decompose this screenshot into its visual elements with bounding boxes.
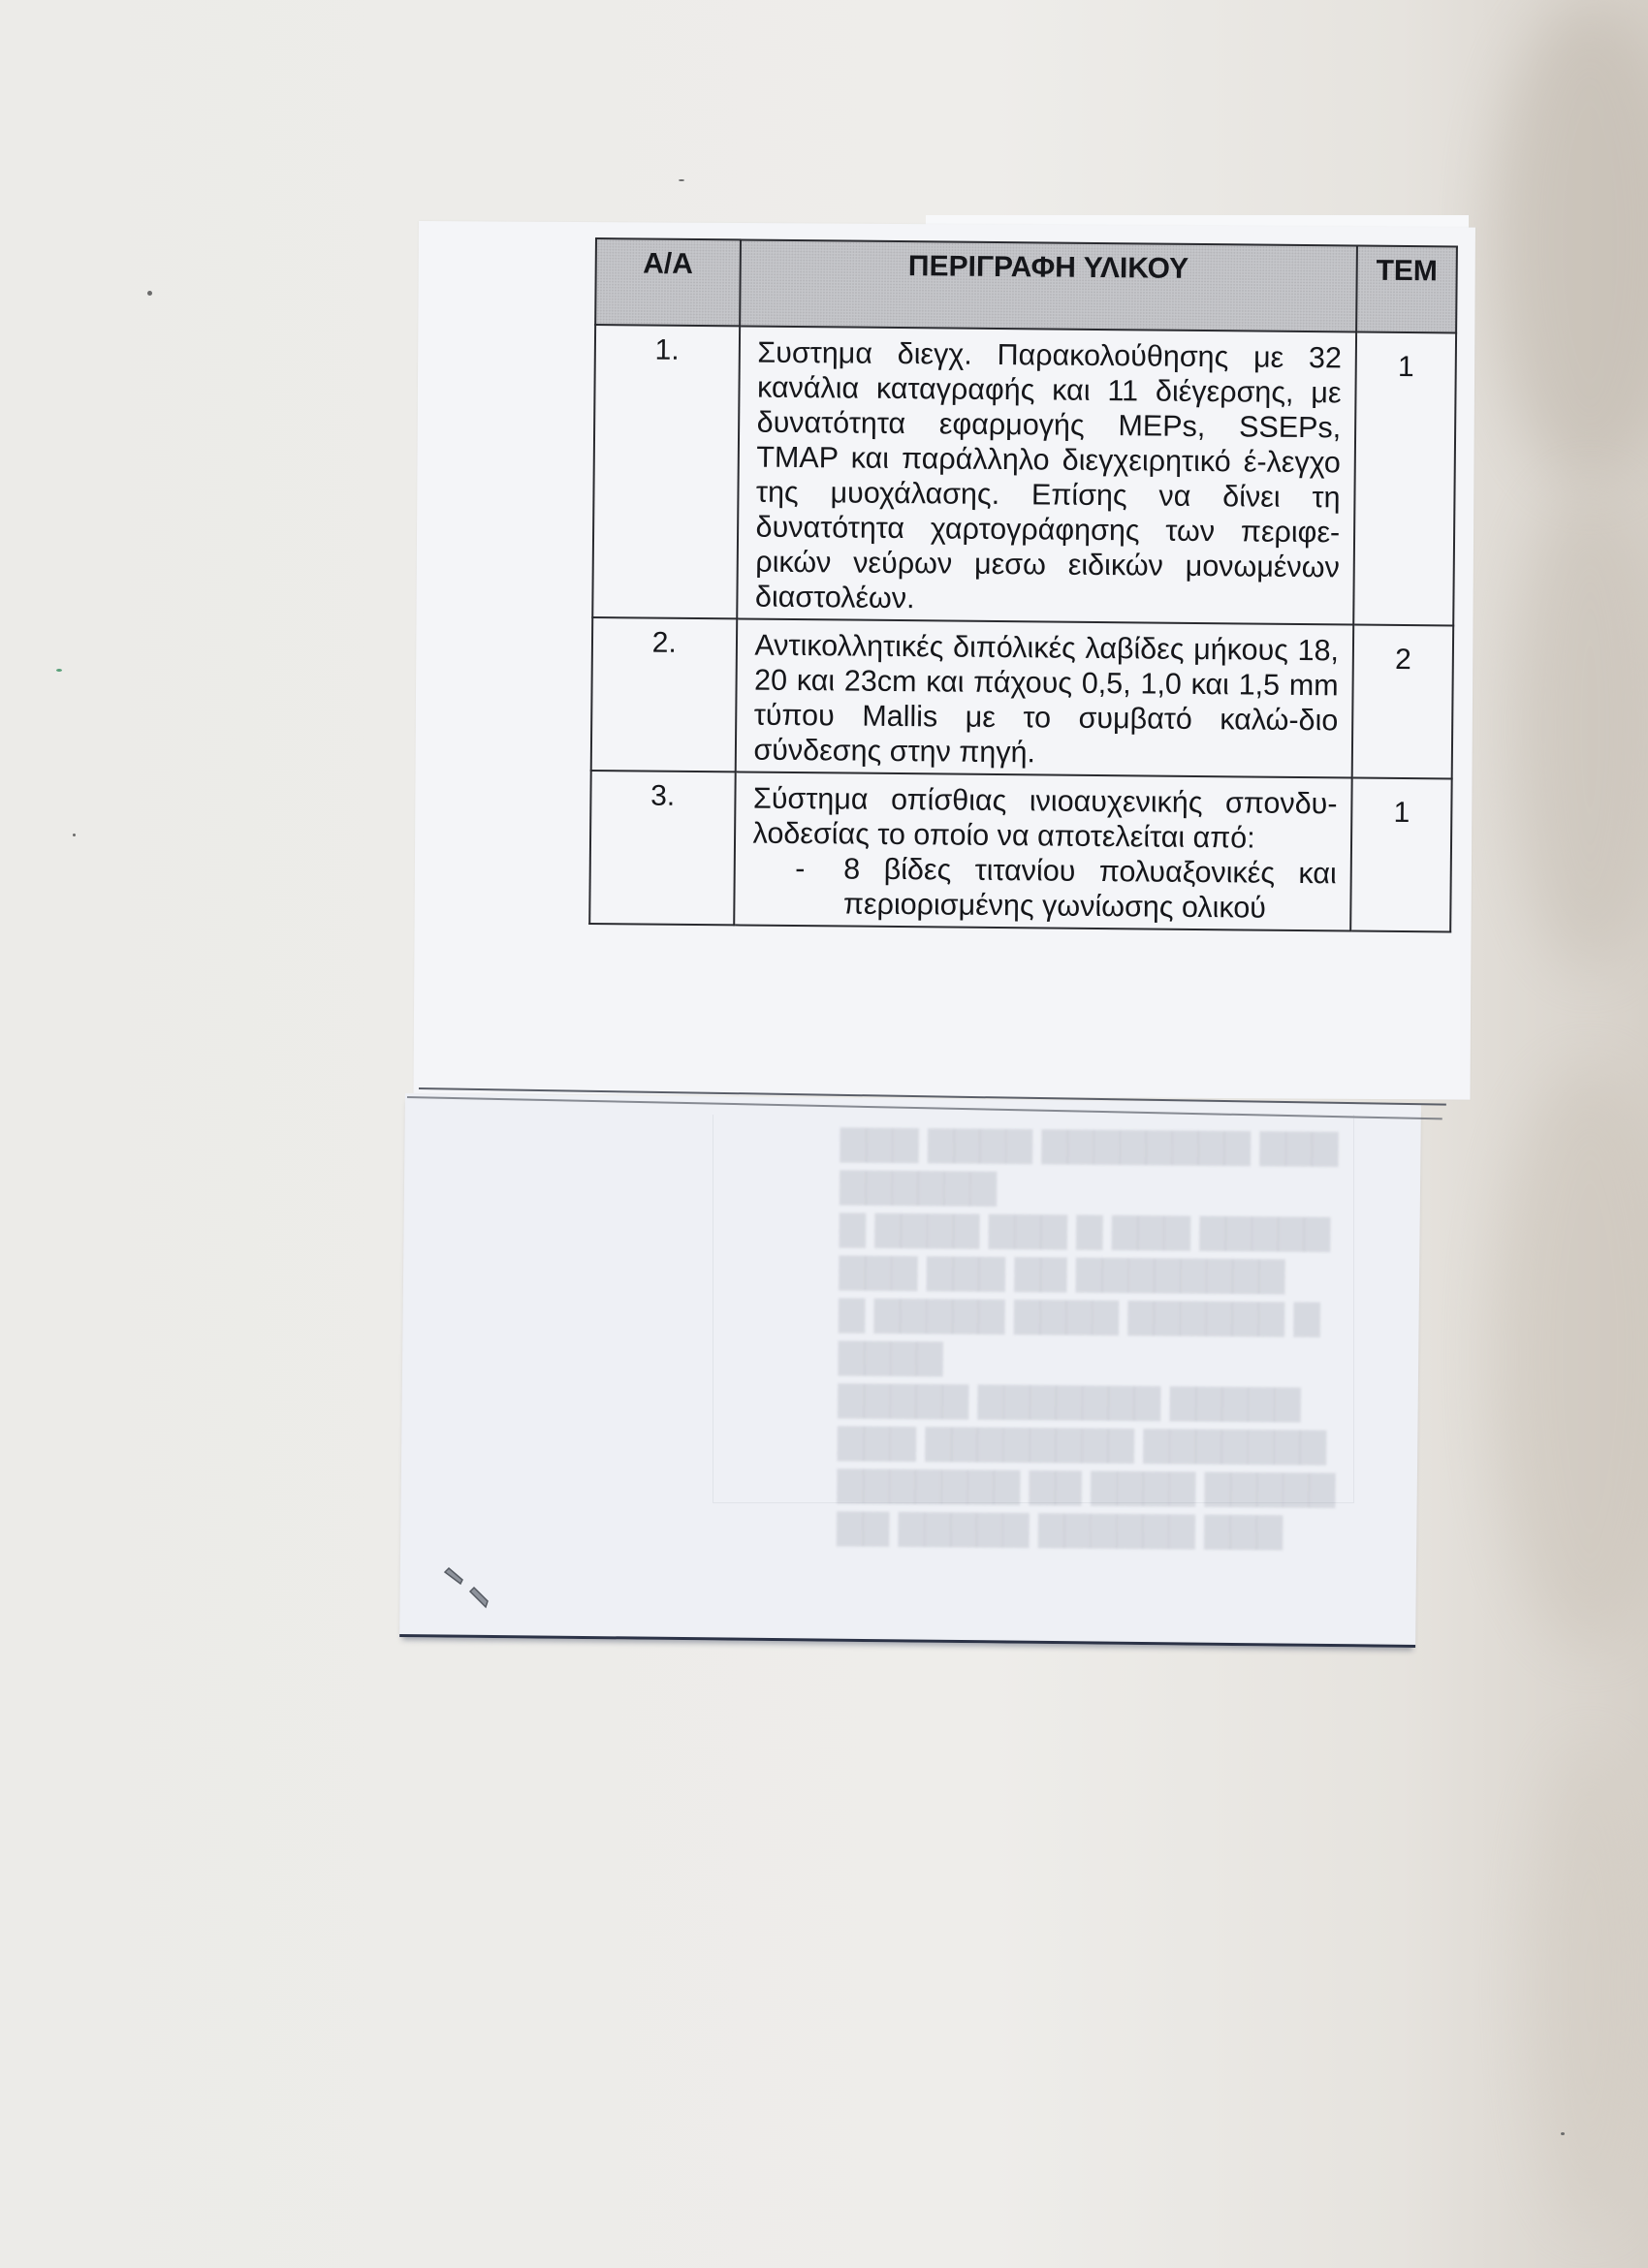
scan-speck <box>73 834 76 836</box>
scan-speck <box>56 669 62 672</box>
row-description: Συστημα διεγχ. Παρακολούθησης με 32 κανά… <box>737 326 1356 624</box>
row-number: 3. <box>589 771 735 925</box>
table-row: 1. Συστημα διεγχ. Παρακολούθησης με 32 κ… <box>592 325 1456 626</box>
staple-icon <box>441 1559 499 1617</box>
show-through-text: ▇▇▇ ▇▇▇▇ ▇▇▇▇▇▇▇▇ ▇▇▇ ▇▇▇▇▇▇ ▇ ▇▇▇▇ ▇▇▇ … <box>837 1122 1345 1554</box>
bullet-text: 8 βίδες τιτανίου πολυαξονικές και περιορ… <box>843 851 1337 926</box>
row-description: Αντικολλητικές διπόλικές λαβίδες μήκους … <box>735 618 1353 777</box>
scan-speck <box>147 291 152 296</box>
row-number: 2. <box>591 617 737 772</box>
row-quantity: 1 <box>1353 332 1456 626</box>
bullet-marker: - <box>795 851 844 921</box>
scan-smudge <box>1493 1066 1648 1648</box>
materials-table: Α/Α ΠΕΡΙΓΡΑΦΗ ΥΛΙΚΟΥ ΤΕΜ 1. Συστημα διεγ… <box>588 237 1458 933</box>
row-quantity: 2 <box>1352 625 1453 779</box>
column-header-aa: Α/Α <box>595 238 740 326</box>
bullet-item: - 8 βίδες τιτανίου πολυαξονικές και περι… <box>752 851 1337 927</box>
row-quantity: 1 <box>1350 778 1451 932</box>
row-number: 1. <box>592 325 739 618</box>
table-row: 3. Σύστημα οπίσθιας ινιοαυχενικής σπονδυ… <box>589 771 1451 932</box>
scan-smudge <box>1493 0 1648 485</box>
scan-smudge <box>1512 485 1648 969</box>
scan-smudge <box>1532 1745 1648 2229</box>
scan-speck <box>1561 2132 1565 2135</box>
column-header-description: ΠΕΡΙΓΡΑΦΗ ΥΛΙΚΟΥ <box>740 239 1357 331</box>
row-description-cell: Σύστημα οπίσθιας ινιοαυχενικής σπονδυ-λο… <box>734 772 1352 930</box>
table-row: 2. Αντικολλητικές διπόλικές λαβίδες μήκο… <box>591 617 1453 779</box>
scan-speck <box>679 179 684 181</box>
row-description: Σύστημα οπίσθιας ινιοαυχενικής σπονδυ-λο… <box>752 781 1337 857</box>
table-header-row: Α/Α ΠΕΡΙΓΡΑΦΗ ΥΛΙΚΟΥ ΤΕΜ <box>595 238 1457 333</box>
column-header-tem: ΤΕΜ <box>1356 246 1457 333</box>
